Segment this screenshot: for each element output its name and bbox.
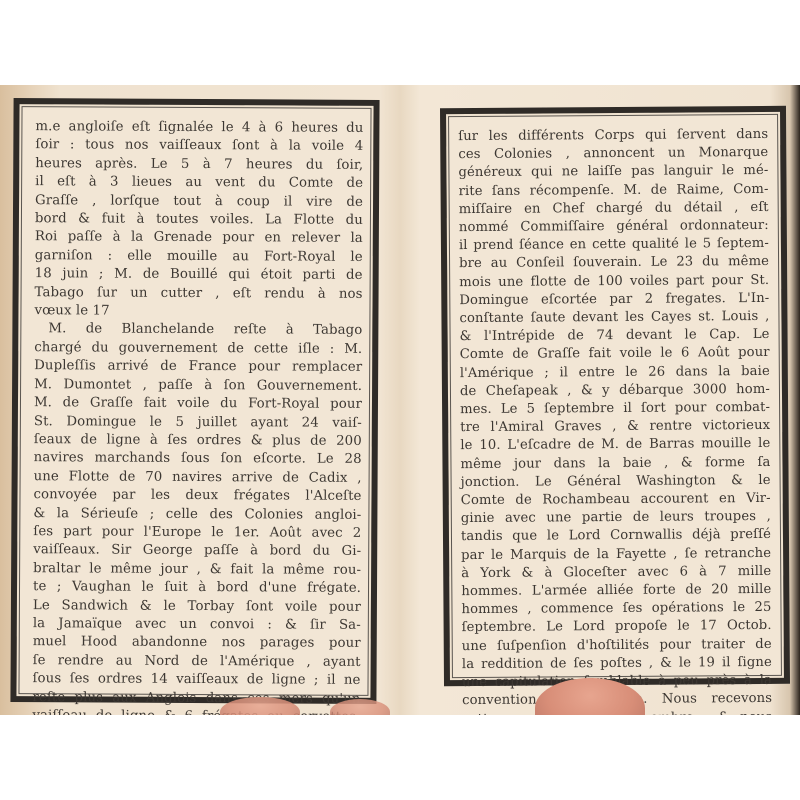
text-line: de Cheſapeak , & y débarque 3000 hom- bbox=[460, 381, 770, 401]
text-line: par le Marquis de la Fayette , ſe retran… bbox=[461, 545, 771, 565]
text-line: M. de Graſſe fait voile du Fort-Royal po… bbox=[34, 394, 362, 414]
text-line: miſſaire en Chef chargé du détail , eſt bbox=[459, 199, 769, 219]
text-line: convoyée par les deux frégates l'Alceſte bbox=[33, 486, 361, 506]
text-line: 18 juin ; M. de Bouillé qui étoit parti … bbox=[35, 265, 363, 285]
right-page: ſur les différents Corps qui ſervent dan… bbox=[440, 106, 790, 686]
text-line: nommé Commiſſaire général ordonnateur: bbox=[459, 217, 769, 237]
text-line: ſes part pour l'Europe le 1er. Août avec… bbox=[33, 523, 361, 543]
text-line: jonction. Le Général Washington & le bbox=[461, 472, 771, 492]
text-line: M. de Blanchelande reſte à Tabago bbox=[34, 321, 362, 341]
text-line: navires marchands ſous ſon eſcorte. Le 2… bbox=[34, 449, 362, 469]
text-line: il prend ſéance en cette qualité le 5 ſe… bbox=[459, 235, 769, 255]
text-line: chargé du gouvernement de cette iſle : M… bbox=[34, 339, 362, 359]
text-line: Roi paſſe à la Grenade pour en relever l… bbox=[35, 229, 363, 249]
text-line: St. Domingue le 5 juillet ayant 24 vaiſ- bbox=[34, 413, 362, 433]
text-line: Tabago ſur un cutter , eſt rendu à nos bbox=[35, 284, 363, 304]
text-line: ſeptembre. Le Lord propoſe le 17 Octob. bbox=[462, 617, 772, 637]
text-line: M. Dumontet , paſſe à ſon Gouvernement. bbox=[34, 376, 362, 396]
text-line: heures après. Le 5 à 7 heures du ſoir, bbox=[35, 155, 363, 175]
text-line: mes. Le 5 ſeptembre il ſort pour combat- bbox=[460, 399, 770, 419]
text-line: ginie avec une partie de leurs troupes , bbox=[461, 508, 771, 528]
text-line: bre au Conſeil ſouverain. Le 23 du même bbox=[459, 253, 769, 273]
text-line: & l'Intrépide de 74 devant le Cap. Le bbox=[460, 326, 770, 346]
text-line: ſous ſes ordres 14 vaiſſeaux de ligne ; … bbox=[32, 670, 360, 690]
text-line: ſoir : tous nos vaiſſeaux ſont à la voil… bbox=[35, 137, 363, 157]
right-page-text: ſur les différents Corps qui ſervent dan… bbox=[458, 126, 773, 715]
text-line: te ; Vaughan le ſuit à bord d'une frégat… bbox=[33, 578, 361, 598]
text-line: tre l'Amiral Graves , & rentre victorieu… bbox=[460, 417, 770, 437]
text-line: ſe rendre au Nord de l'Amérique , ayant bbox=[33, 652, 361, 672]
text-line: bord & fuit à toutes voiles. La Flotte d… bbox=[35, 210, 363, 230]
text-line: Dupleſſis arrivé de France pour remplace… bbox=[34, 357, 362, 377]
text-line: tandis que le Lord Cornwallis déjà preſſ… bbox=[461, 526, 771, 546]
text-line: vaiſſeaux. Sir George paſſe à bord du Gi… bbox=[33, 541, 361, 561]
text-line: ces Colonies , annoncent un Monarque bbox=[458, 144, 768, 164]
text-line: conſtante ſaute devant les Cayes st. Lou… bbox=[459, 308, 769, 328]
text-line: muel Hood abandonne nos parages pour bbox=[33, 634, 361, 654]
text-line: la Jamaïque avec un convoi : & ſir Sa- bbox=[33, 615, 361, 635]
finger-left-b bbox=[330, 699, 390, 715]
text-line: & la Sérieuſe ; celle des Colonies anglo… bbox=[33, 505, 361, 525]
text-line: une Flotte de 70 navires arrive de Cadix… bbox=[34, 468, 362, 488]
text-line: rite ſans récompenſe. M. de Raime, Com- bbox=[459, 181, 769, 201]
text-line: ſeaux de ligne à ſes ordres & plus de 20… bbox=[34, 431, 362, 451]
text-line: Comte de Rochambeau accourent en Vir- bbox=[461, 490, 771, 510]
text-line: m.e angloiſe eſt ſignalée le 4 à 6 heure… bbox=[35, 118, 363, 138]
text-line: Comte de Graſſe fait voile le 6 Août pou… bbox=[460, 344, 770, 364]
text-line: hommes. L'armée alliée forte de 20 mille bbox=[461, 581, 771, 601]
text-line: à York & à Gloceſter avec 6 à 7 mille bbox=[461, 563, 771, 583]
text-line: il eſt à 3 lieues au vent du Comte de bbox=[35, 173, 363, 193]
text-line: garniſon : elle mouille au Fort-Royal le bbox=[35, 247, 363, 267]
text-line: Le Sandwich & le Torbay ſont voile pour bbox=[33, 597, 361, 617]
left-page: m.e angloiſe eſt ſignalée le 4 à 6 heure… bbox=[10, 98, 379, 704]
text-line: le 10. L'eſcadre de M. de Barras mouille… bbox=[460, 435, 770, 455]
text-line: généreux qui ne laiſſe pas languir le mé… bbox=[458, 162, 768, 182]
text-line: vœux le 17 bbox=[34, 302, 362, 322]
text-line: la reddition de ſes poſtes , & le 19 il … bbox=[462, 654, 772, 674]
book-photo: m.e angloiſe eſt ſignalée le 4 à 6 heure… bbox=[0, 85, 800, 715]
text-line: même jour dans la baie , & forme ſa bbox=[460, 454, 770, 474]
text-line: ſur les différents Corps qui ſervent dan… bbox=[458, 126, 768, 146]
text-line: mois une flotte de 100 voiles part pour … bbox=[459, 272, 769, 292]
left-page-text: m.e angloiſe eſt ſignalée le 4 à 6 heure… bbox=[32, 118, 364, 715]
text-line: braltar le même jour , & fait la même ro… bbox=[33, 560, 361, 580]
text-line: Graſſe , lorſque tout à coup il vire de bbox=[35, 192, 363, 212]
text-line: hommes , commence ſes opérations le 25 bbox=[461, 599, 771, 619]
text-line: vaiſſeau de ligne & 6 frégates ou corvet… bbox=[32, 707, 360, 715]
text-line: reſte plus aux Anglois dans ces mers qu'… bbox=[32, 689, 360, 709]
text-line: Domingue eſcortée par 2 fregates. L'In- bbox=[459, 290, 769, 310]
text-line: l'Amérique ; il entre le 26 dans la baie bbox=[460, 363, 770, 383]
text-line: une ſuſpenſion d'hoſtilités pour traiter… bbox=[462, 636, 772, 656]
